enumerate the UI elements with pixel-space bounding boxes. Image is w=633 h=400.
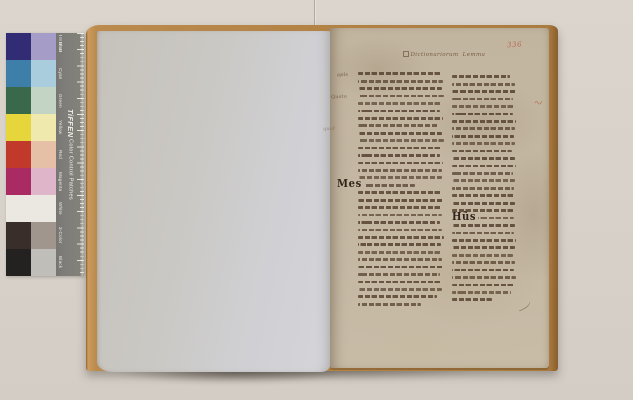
manuscript-text-line — [358, 301, 446, 308]
script-line-stroke — [358, 176, 442, 179]
script-line-stroke — [358, 154, 440, 157]
script-line-stroke — [358, 221, 440, 223]
patch-white — [6, 195, 56, 222]
script-line-stroke — [358, 273, 440, 275]
patch-red-tint — [31, 141, 56, 168]
patch-magenta — [6, 168, 31, 195]
background-seam-line — [314, 0, 315, 26]
marginal-note: quid — [323, 126, 335, 132]
script-line-stroke — [358, 95, 444, 98]
patch-cyan — [6, 60, 31, 87]
manuscript-text-line — [452, 155, 518, 162]
script-line-stroke — [358, 169, 442, 171]
patch-yellow-tint — [31, 114, 56, 141]
manuscript-text-line — [358, 256, 446, 263]
script-line-stroke — [452, 165, 516, 168]
manuscript-text-line — [358, 234, 446, 241]
script-line-stroke — [452, 157, 515, 160]
manuscript-text-line — [452, 199, 518, 206]
script-line-stroke — [452, 276, 516, 278]
script-line-stroke — [358, 139, 444, 142]
color-strip-rows — [6, 33, 56, 276]
script-line-stroke — [452, 202, 515, 205]
script-line-stroke — [358, 236, 444, 239]
patch-row-black — [6, 249, 56, 276]
manuscript-text-line — [452, 296, 518, 303]
patch-cyan-tint — [31, 60, 56, 87]
patch-black — [6, 249, 31, 276]
patch-green — [6, 87, 31, 114]
script-line-stroke — [358, 199, 443, 202]
manuscript-text-line — [358, 159, 446, 166]
patch-label-white: White — [57, 195, 64, 222]
manuscript-text-line — [358, 122, 446, 129]
manuscript-text-line — [358, 100, 446, 107]
script-line-stroke — [358, 243, 441, 246]
script-line-stroke — [358, 191, 442, 194]
manuscript-text-line — [452, 80, 518, 87]
script-line-stroke — [452, 254, 513, 257]
manuscript-text-line — [358, 196, 446, 203]
script-line-stroke — [358, 288, 442, 291]
brand-title: Color Control Patches — [68, 139, 74, 200]
text-column-right: Hũs — [452, 73, 518, 304]
manuscript-text-line — [452, 229, 518, 236]
script-line-stroke — [452, 75, 510, 78]
script-line-stroke — [452, 194, 515, 197]
patch-label-red: Red — [57, 141, 64, 168]
color-strip-label-bar: BlueCyanGreenYellowRedMagentaWhite3-Colo… — [56, 33, 84, 276]
script-line-stroke — [358, 102, 442, 105]
script-line-stroke — [358, 80, 443, 83]
right-manuscript-page: Dictionariorum Lemma 336 apls Qusto quid… — [330, 28, 549, 368]
patch-label-blue: Blue — [57, 33, 64, 60]
manuscript-text-line — [358, 278, 446, 285]
patch-label-yellow: Yellow — [57, 114, 64, 141]
script-line-stroke — [452, 246, 515, 249]
script-line-stroke — [452, 83, 515, 86]
script-line-stroke — [452, 239, 516, 242]
manuscript-text-line — [452, 177, 518, 184]
marginal-note: apls — [337, 72, 348, 78]
script-line-stroke — [452, 298, 492, 301]
patch-blue-tint — [31, 33, 56, 60]
script-line-stroke — [452, 127, 515, 130]
patch-row-red — [6, 141, 56, 168]
script-line-stroke — [358, 303, 421, 306]
patch-row-3-color — [6, 222, 56, 249]
manuscript-text-line — [452, 266, 518, 273]
manuscript-text-line — [358, 189, 446, 196]
manuscript-text-line — [358, 249, 446, 256]
manuscript-text-line — [358, 293, 446, 300]
patch-labels: BlueCyanGreenYellowRedMagentaWhite3-Colo… — [57, 33, 64, 276]
script-line-stroke — [452, 232, 514, 235]
manuscript-text-line: Hũs — [452, 214, 518, 221]
script-line-stroke — [358, 72, 441, 75]
running-title-text: Dictionariorum Lemma — [411, 52, 486, 58]
manuscript-text-line — [358, 226, 446, 233]
patch-yellow — [6, 114, 31, 141]
patch-row-white — [6, 195, 56, 222]
running-title: Dictionariorum Lemma — [403, 51, 485, 58]
manuscript-text-line — [358, 286, 446, 293]
manuscript-text-line — [358, 85, 446, 92]
red-margin-mark-icon — [534, 99, 543, 106]
manuscript-text-line — [452, 259, 518, 266]
script-line-stroke — [358, 124, 438, 127]
ruler-major-ticks — [77, 33, 84, 276]
script-line-stroke — [452, 261, 515, 264]
manuscript-text-line — [452, 281, 518, 288]
tiffen-brand-text: TiFFEN Color Control Patches — [65, 33, 76, 276]
manuscript-text-line: Mes — [358, 182, 446, 189]
patch-row-yellow — [6, 114, 56, 141]
manuscript-text-line — [452, 103, 518, 110]
patch-row-magenta — [6, 168, 56, 195]
script-line-stroke — [358, 258, 442, 261]
patch-black-tint — [31, 249, 56, 276]
script-line-stroke — [358, 117, 443, 119]
manuscript-text-line — [358, 271, 446, 278]
patch-row-cyan — [6, 60, 56, 87]
manuscript-text-line — [358, 219, 446, 226]
manuscript-text-line — [358, 77, 446, 84]
manuscript-text-line — [358, 152, 446, 159]
script-line-stroke — [452, 120, 516, 122]
script-line-stroke — [452, 187, 514, 190]
manuscript-text-line — [452, 237, 518, 244]
patch-label-green: Green — [57, 87, 64, 114]
manuscript-photo-scene: Dictionariorum Lemma 336 apls Qusto quid… — [0, 0, 633, 400]
script-line-stroke — [358, 251, 442, 254]
color-calibration-strip: BlueCyanGreenYellowRedMagentaWhite3-Colo… — [6, 33, 84, 276]
script-line-stroke — [358, 295, 437, 298]
script-line-stroke — [358, 229, 442, 232]
patch-label-magenta: Magenta — [57, 168, 64, 195]
manuscript-text-line — [452, 274, 518, 281]
script-line-stroke — [358, 214, 442, 217]
manuscript-text-line — [358, 115, 446, 122]
script-line-stroke — [358, 132, 442, 135]
script-line-stroke — [452, 269, 514, 272]
patch-row-blue — [6, 33, 56, 60]
patch-blue — [6, 33, 31, 60]
paragraph-mark-icon — [403, 51, 409, 57]
script-line-stroke — [452, 113, 513, 116]
folio-number: 336 — [507, 41, 523, 50]
script-line-stroke — [452, 90, 516, 93]
script-line-stroke — [358, 266, 443, 269]
manuscript-text-line — [452, 244, 518, 251]
script-line-stroke — [358, 206, 441, 209]
script-line-stroke — [358, 147, 442, 150]
script-line-stroke — [358, 281, 442, 284]
script-line-stroke — [452, 142, 515, 145]
patch-3-color — [6, 222, 31, 249]
patch-3-color-tint — [31, 222, 56, 249]
patch-magenta-tint — [31, 168, 56, 195]
manuscript-text-line — [452, 162, 518, 169]
script-line-stroke — [452, 98, 513, 101]
manuscript-text-line — [358, 137, 446, 144]
brand-name: TiFFEN — [66, 109, 75, 138]
manuscript-text-line — [358, 144, 446, 151]
manuscript-text-line — [358, 241, 446, 248]
script-line-stroke — [358, 110, 440, 113]
manuscript-text-line — [452, 147, 518, 154]
manuscript-text-line — [358, 263, 446, 270]
script-line-stroke — [358, 162, 443, 165]
text-column-left: Mes — [358, 70, 446, 308]
patch-label-cyan: Cyan — [57, 60, 64, 87]
marginal-note: Qusto — [331, 94, 347, 101]
manuscript-text-line — [358, 130, 446, 137]
script-line-stroke — [452, 284, 515, 287]
script-line-stroke — [452, 291, 511, 294]
manuscript-text-line — [452, 73, 518, 80]
manuscript-text-line — [358, 211, 446, 218]
manuscript-text-line — [452, 289, 518, 296]
manuscript-text-line — [358, 174, 446, 181]
manuscript-text-line — [452, 118, 518, 125]
manuscript-text-line — [358, 107, 446, 114]
patch-label-3-color: 3-Color — [57, 222, 64, 249]
manuscript-text-line — [452, 88, 518, 95]
manuscript-text-line — [452, 133, 518, 140]
script-line-stroke — [358, 87, 442, 90]
script-line-stroke — [452, 224, 515, 226]
left-blank-page — [97, 31, 330, 372]
manuscript-text-line — [358, 70, 446, 77]
script-line-stroke — [452, 172, 513, 174]
script-line-stroke — [478, 217, 514, 220]
decorated-initial-word: Mes — [337, 180, 362, 191]
patch-row-green — [6, 87, 56, 114]
script-line-stroke — [452, 179, 515, 182]
manuscript-text-line — [452, 125, 518, 132]
patch-red — [6, 141, 31, 168]
manuscript-text-line — [452, 192, 518, 199]
manuscript-text-line — [452, 95, 518, 102]
patch-green-tint — [31, 87, 56, 114]
script-line-stroke — [364, 184, 415, 187]
manuscript-text-line — [452, 252, 518, 259]
manuscript-text-line — [452, 185, 518, 192]
script-line-stroke — [452, 150, 512, 153]
manuscript-text-line — [358, 92, 446, 99]
manuscript-text-line — [452, 110, 518, 117]
manuscript-text-line — [452, 140, 518, 147]
manuscript-text-line — [358, 167, 446, 174]
manuscript-text-line — [358, 204, 446, 211]
script-line-stroke — [452, 105, 515, 108]
patch-label-black: Black — [57, 249, 64, 276]
decorated-initial-word: Hũs — [452, 212, 476, 223]
manuscript-text-line — [452, 170, 518, 177]
script-line-stroke — [452, 135, 514, 138]
